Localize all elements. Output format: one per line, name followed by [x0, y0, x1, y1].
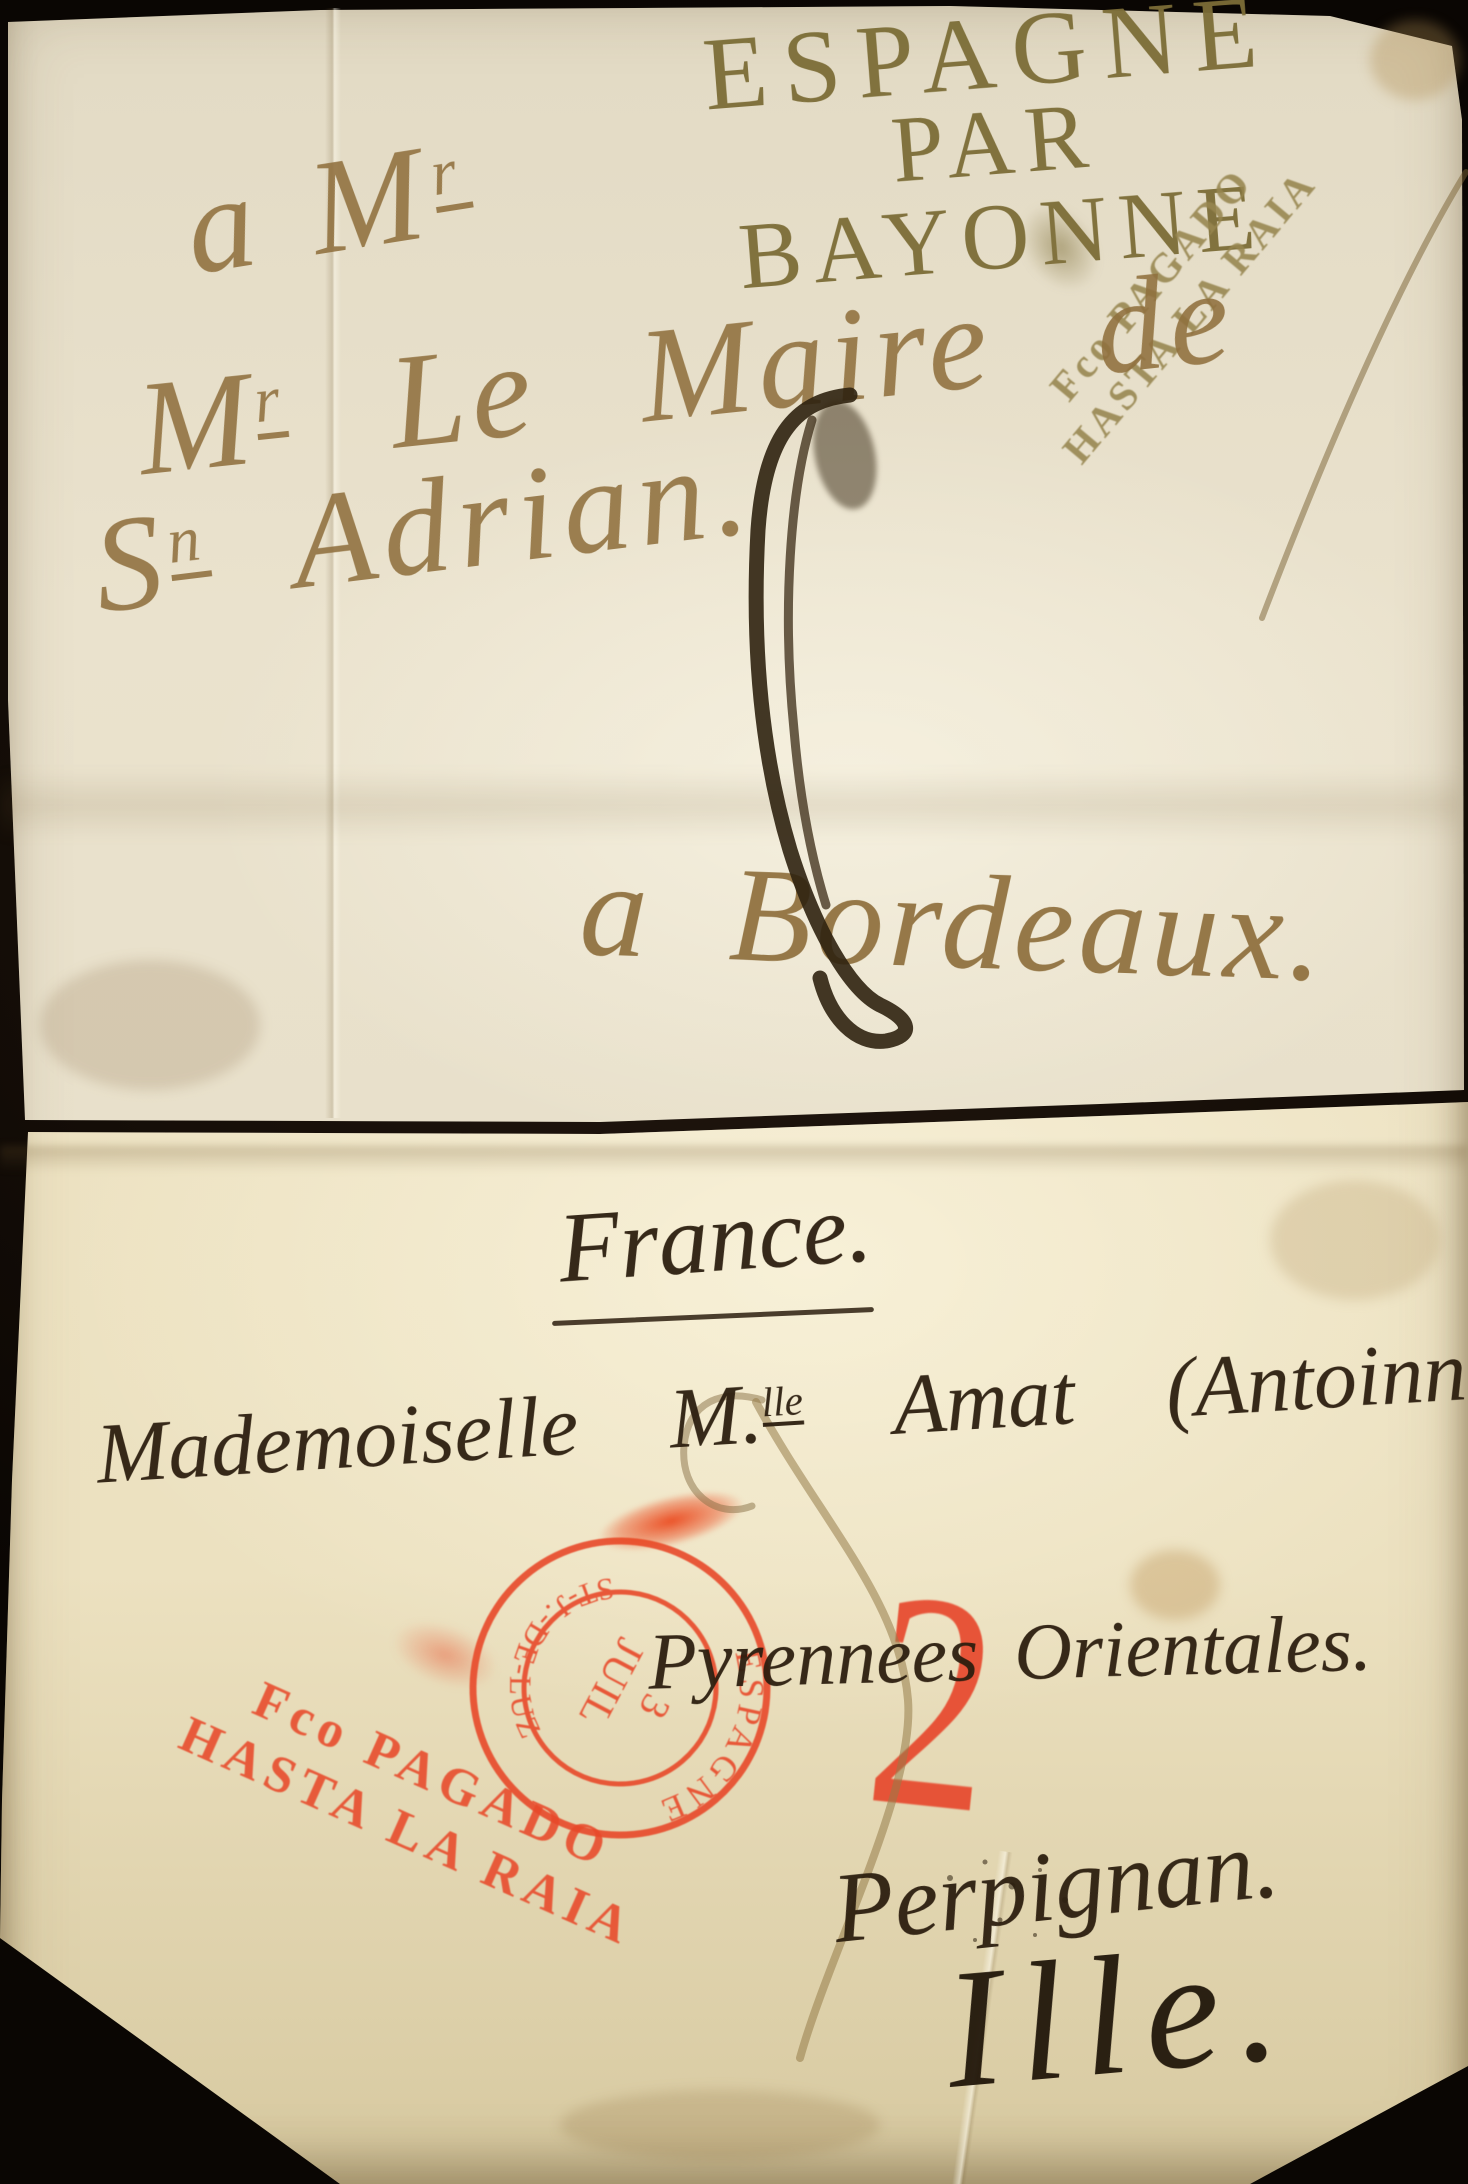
town-line: Ille. [937, 1903, 1302, 2128]
photo-backdrop: ESPAGNE PAR BAYONNE Fco PAGADO HASTA LA … [0, 0, 1468, 2184]
department-line: Pyrennees Orientales. [647, 1599, 1373, 1709]
country-heading: France. [541, 1168, 888, 1306]
